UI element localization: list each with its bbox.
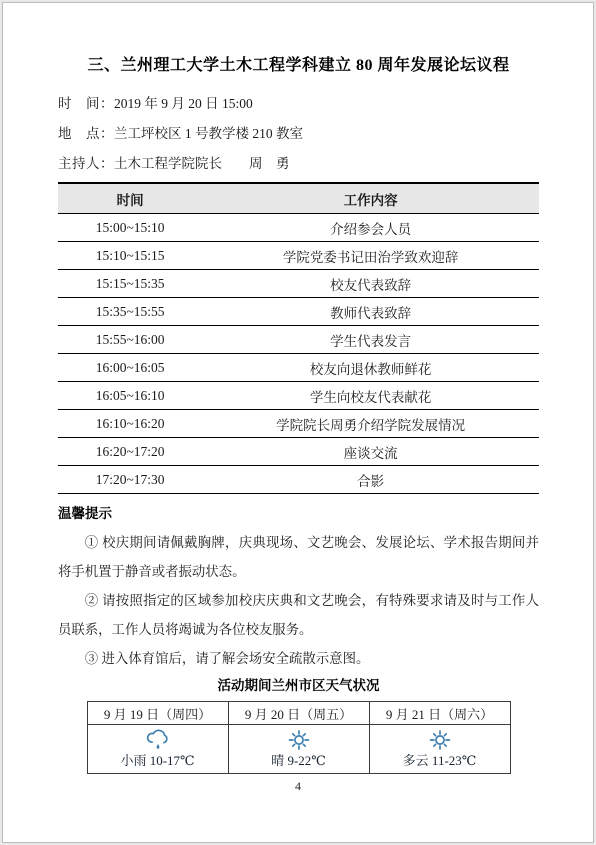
page-number: 4 (3, 779, 593, 794)
agenda-content: 学生向校友代表献花 (202, 382, 539, 410)
agenda-content: 校友向退休教师鲜花 (202, 354, 539, 382)
sun-icon (370, 727, 510, 751)
agenda-time: 15:00~15:10 (58, 214, 202, 242)
weather-table: 9 月 19 日（周四） 9 月 20 日（周五） 9 月 21 日（周六） 小… (87, 701, 511, 774)
event-info: 时 间：2019 年 9 月 20 日 15:00 地 点：兰工坪校区 1 号教… (58, 89, 539, 179)
weather-title: 活动期间兰州市区天气状况 (58, 674, 539, 698)
agenda-content: 教师代表致辞 (202, 298, 539, 326)
agenda-table: 时间 工作内容 15:00~15:10介绍参会人员 15:10~15:15学院党… (58, 182, 539, 494)
weather-cell-sat: 多云 11-23℃ (369, 725, 510, 774)
info-line-time: 时 间：2019 年 9 月 20 日 15:00 (58, 89, 539, 119)
table-row: 16:10~16:20学院院长周勇介绍学院发展情况 (58, 410, 539, 438)
weather-header-row: 9 月 19 日（周四） 9 月 20 日（周五） 9 月 21 日（周六） (87, 702, 510, 725)
table-row: 17:20~17:30合影 (58, 466, 539, 494)
table-row: 16:20~17:20座谈交流 (58, 438, 539, 466)
agenda-content: 学院党委书记田治学致欢迎辞 (202, 242, 539, 270)
info-line-host: 主持人：土木工程学院院长 周 勇 (58, 149, 539, 179)
weather-condition-sat: 多云 11-23℃ (370, 751, 510, 771)
weather-condition-fri: 晴 9-22℃ (229, 751, 369, 771)
weather-date-sat: 9 月 21 日（周六） (369, 702, 510, 725)
table-row: 16:05~16:10学生向校友代表献花 (58, 382, 539, 410)
sun-icon (229, 727, 369, 751)
agenda-time: 17:20~17:30 (58, 466, 202, 494)
agenda-time: 15:10~15:15 (58, 242, 202, 270)
page-title: 三、兰州理工大学土木工程学科建立 80 周年发展论坛议程 (58, 55, 539, 77)
agenda-content: 校友代表致辞 (202, 270, 539, 298)
document-page: 三、兰州理工大学土木工程学科建立 80 周年发展论坛议程 时 间：2019 年 … (2, 2, 594, 843)
tip-item-2: ② 请按照指定的区域参加校庆庆典和文艺晚会，有特殊要求请及时与工作人员联系，工作… (58, 586, 539, 644)
weather-date-thu: 9 月 19 日（周四） (87, 702, 228, 725)
table-row: 15:35~15:55教师代表致辞 (58, 298, 539, 326)
agenda-content: 介绍参会人员 (202, 214, 539, 242)
weather-cell-fri: 晴 9-22℃ (228, 725, 369, 774)
tip-item-1: ① 校庆期间请佩戴胸牌，庆典现场、文艺晚会、发展论坛、学术报告期间并将手机置于静… (58, 528, 539, 586)
info-label-place: 地 点： (58, 126, 114, 141)
agenda-time: 16:05~16:10 (58, 382, 202, 410)
agenda-header-content: 工作内容 (202, 183, 539, 214)
agenda-time: 15:55~16:00 (58, 326, 202, 354)
agenda-content: 学院院长周勇介绍学院发展情况 (202, 410, 539, 438)
tips-heading: 温馨提示 (58, 499, 539, 528)
agenda-header-row: 时间 工作内容 (58, 183, 539, 214)
agenda-content: 合影 (202, 466, 539, 494)
weather-condition-thu: 小雨 10-17℃ (88, 751, 228, 771)
info-label-time: 时 间： (58, 96, 114, 111)
agenda-time: 16:10~16:20 (58, 410, 202, 438)
agenda-header-time: 时间 (58, 183, 202, 214)
table-row: 15:00~15:10介绍参会人员 (58, 214, 539, 242)
info-label-host: 主持人： (58, 156, 114, 171)
info-line-place: 地 点：兰工坪校区 1 号教学楼 210 教室 (58, 119, 539, 149)
agenda-content: 学生代表发言 (202, 326, 539, 354)
info-value-place: 兰工坪校区 1 号教学楼 210 教室 (114, 126, 303, 141)
info-value-time: 2019 年 9 月 20 日 15:00 (114, 96, 253, 111)
rain-icon (88, 727, 228, 751)
weather-content-row: 小雨 10-17℃ 晴 9-22℃ (87, 725, 510, 774)
table-row: 15:15~15:35校友代表致辞 (58, 270, 539, 298)
info-value-host: 土木工程学院院长 周 勇 (114, 156, 290, 171)
table-row: 16:00~16:05校友向退休教师鲜花 (58, 354, 539, 382)
agenda-time: 16:20~17:20 (58, 438, 202, 466)
agenda-time: 16:00~16:05 (58, 354, 202, 382)
agenda-time: 15:15~15:35 (58, 270, 202, 298)
table-row: 15:55~16:00学生代表发言 (58, 326, 539, 354)
table-row: 15:10~15:15学院党委书记田治学致欢迎辞 (58, 242, 539, 270)
weather-cell-thu: 小雨 10-17℃ (87, 725, 228, 774)
tip-item-3: ③ 进入体育馆后，请了解会场安全疏散示意图。 (58, 644, 539, 673)
weather-date-fri: 9 月 20 日（周五） (228, 702, 369, 725)
tips-section: 温馨提示 ① 校庆期间请佩戴胸牌，庆典现场、文艺晚会、发展论坛、学术报告期间并将… (58, 499, 539, 673)
agenda-time: 15:35~15:55 (58, 298, 202, 326)
agenda-content: 座谈交流 (202, 438, 539, 466)
